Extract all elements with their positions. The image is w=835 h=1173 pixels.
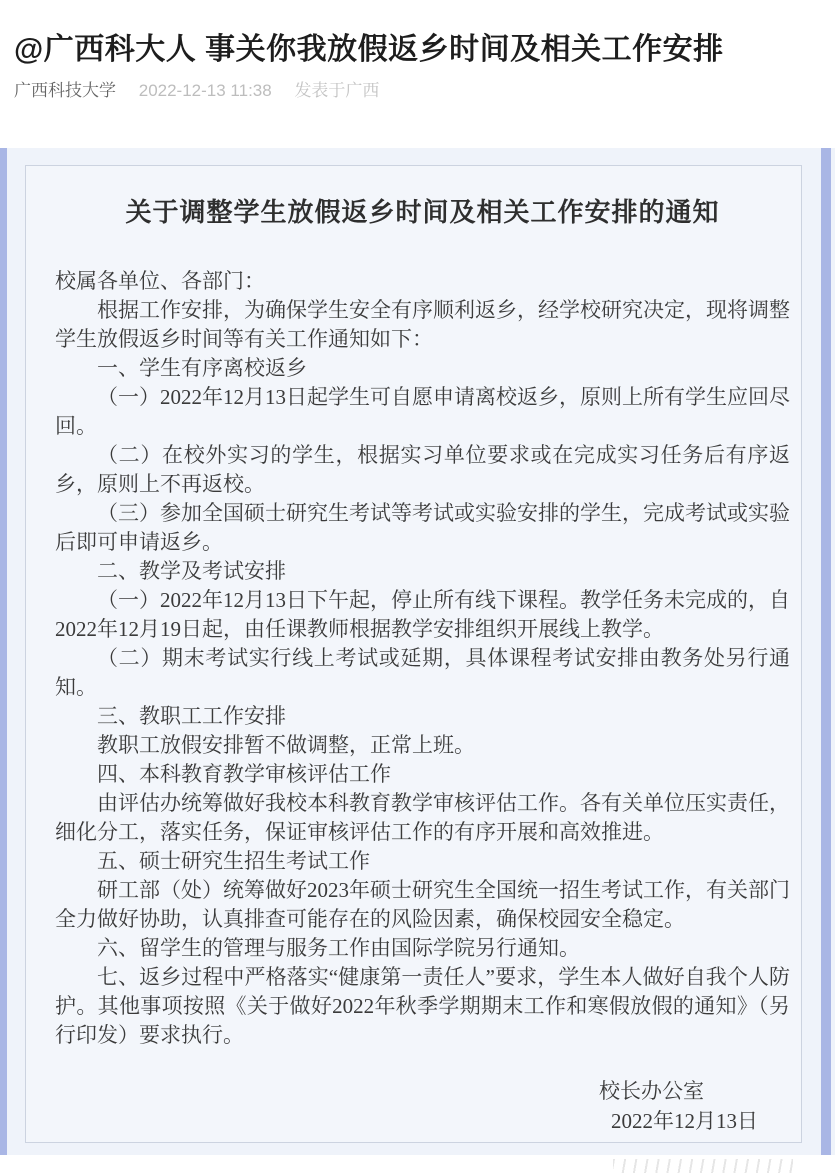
image-left-edge-strip (0, 148, 7, 1155)
notice-section-heading: 二、教学及考试安排 (55, 557, 790, 586)
notice-paragraph: 六、留学生的管理与服务工作由国际学院另行通知。 (55, 934, 790, 963)
notice-paragraph: 由评估办统筹做好我校本科教育教学审核评估工作。各有关单位压实责任，细化分工，落实… (55, 789, 790, 847)
notice-paragraph: 教职工放假安排暂不做调整，正常上班。 (55, 731, 790, 760)
notice-section-heading: 五、硕士研究生招生考试工作 (55, 847, 790, 876)
notice-image[interactable]: 关于调整学生放假返乡时间及相关工作安排的通知 校属各单位、各部门： 根据工作安排… (0, 148, 835, 1155)
notice-section-heading: 三、教职工工作安排 (55, 702, 790, 731)
notice-paragraph: （一）2022年12月13日下午起，停止所有线下课程。教学任务未完成的，自202… (55, 586, 790, 644)
notice-signature: 校长办公室 2022年12月13日 (55, 1076, 790, 1136)
signature-office: 校长办公室 (55, 1076, 790, 1106)
account-name-link[interactable]: 广西科技大学 (14, 81, 116, 100)
notice-section-heading: 一、学生有序离校返乡 (55, 354, 790, 383)
article-meta: 广西科技大学 2022-12-13 11:38 发表于广西 (14, 76, 820, 101)
notice-title: 关于调整学生放假返乡时间及相关工作安排的通知 (55, 192, 790, 229)
notice-paper: 关于调整学生放假返乡时间及相关工作安排的通知 校属各单位、各部门： 根据工作安排… (25, 165, 802, 1143)
notice-body: 校属各单位、各部门： 根据工作安排，为确保学生安全有序顺利返乡，经学校研究决定，… (55, 267, 790, 1050)
publish-timestamp: 2022-12-13 11:38 (139, 81, 272, 100)
article-title: @广西科大人 事关你我放假返乡时间及相关工作安排 (14, 30, 820, 71)
notice-document: 关于调整学生放假返乡时间及相关工作安排的通知 校属各单位、各部门： 根据工作安排… (55, 166, 790, 1142)
signature-date: 2022年12月13日 (55, 1106, 790, 1136)
notice-paragraph: （三）参加全国硕士研究生考试等考试或实验安排的学生，完成考试或实验后即可申请返乡… (55, 499, 790, 557)
notice-paragraph: （二）期末考试实行线上考试或延期，具体课程考试安排由教务处另行通知。 (55, 644, 790, 702)
notice-salutation: 校属各单位、各部门： (55, 267, 790, 296)
notice-paragraph: 研工部（处）统筹做好2023年硕士研究生全国统一招生考试工作，有关部门全力做好协… (55, 876, 790, 934)
notice-paragraph: 七、返乡过程中严格落实“健康第一责任人”要求，学生本人做好自我个人防护。其他事项… (55, 963, 790, 1050)
notice-paragraph: （二）在校外实习的学生，根据实习单位要求或在完成实习任务后有序返乡，原则上不再返… (55, 441, 790, 499)
publish-location: 发表于广西 (294, 81, 379, 100)
corner-watermark (613, 1159, 793, 1173)
article-page: @广西科大人 事关你我放假返乡时间及相关工作安排 广西科技大学 2022-12-… (0, 0, 835, 1173)
image-right-edge-strip (821, 148, 831, 1155)
notice-section-heading: 四、本科教育教学审核评估工作 (55, 760, 790, 789)
notice-paragraph: 根据工作安排，为确保学生安全有序顺利返乡，经学校研究决定，现将调整学生放假返乡时… (55, 296, 790, 354)
notice-paragraph: （一）2022年12月13日起学生可自愿申请离校返乡，原则上所有学生应回尽回。 (55, 383, 790, 441)
